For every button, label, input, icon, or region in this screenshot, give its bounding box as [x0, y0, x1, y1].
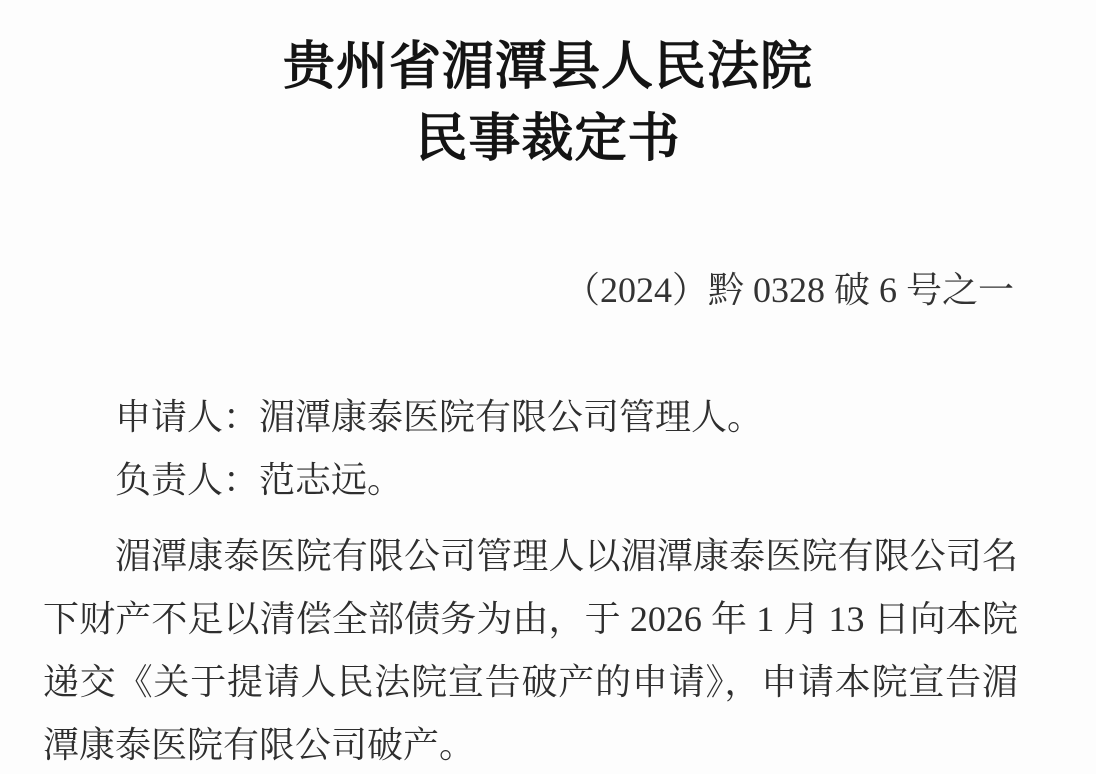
document-body: 申请人：湄潭康泰医院有限公司管理人。 负责人：范志远。 湄潭康泰医院有限公司管理…: [43, 386, 1018, 774]
applicant-line: 申请人：湄潭康泰医院有限公司管理人。: [43, 386, 1018, 449]
document-header: 贵州省湄潭县人民法院 民事裁定书: [0, 0, 1096, 176]
civil-ruling-page: 贵州省湄潭县人民法院 民事裁定书 （2024）黔 0328 破 6 号之一 申请…: [0, 0, 1096, 774]
person-in-charge-line: 负责人：范志远。: [43, 449, 1018, 512]
document-type-title: 民事裁定书: [0, 104, 1096, 176]
court-name-title: 贵州省湄潭县人民法院: [0, 32, 1096, 104]
application-paragraph: 湄潭康泰医院有限公司管理人以湄潭康泰医院有限公司名下财产不足以清偿全部债务为由，…: [43, 525, 1018, 774]
case-number: （2024）黔 0328 破 6 号之一: [0, 267, 1096, 313]
